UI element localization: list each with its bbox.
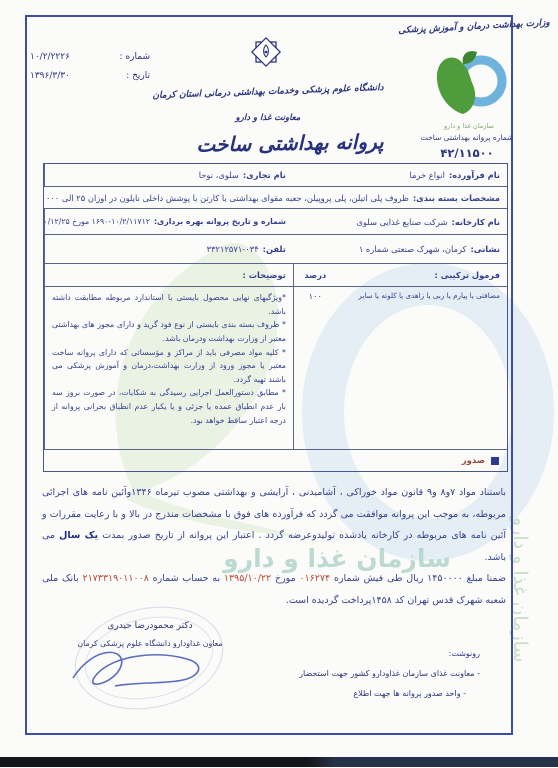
account-number: ۲۱۷۳۳۱۹۰۱۱۰۰۸ [82,573,148,584]
permit-table: نام فرآورده: انواع خرما نام تجاری: سلوی،… [43,163,508,472]
copies-block: رونوشت: - معاونت غذای سازمان غذاودارو کش… [288,644,480,704]
packaging-label: مشخصات بسته بندی: [413,193,500,203]
document-title: پروانه بهداشتی ساخت [168,129,412,157]
product-value: انواع خرما [409,170,444,180]
note-item: * مطابق دستورالعمل اجرایی رسیدگی به شکای… [52,386,286,427]
doc-meta: شماره : ۱۰/۲/۲۲۲۶ تاریخ : ۱۳۹۶/۳/۳۰ [30,52,150,90]
health-permit-document: سازمان غذا و دارو سازمان غذا و دارو وزار… [0,0,558,768]
brand-cell: نام تجاری: سلوی، نوحا [44,164,293,186]
legal-paragraph: باستناد مواد ۷و۸ و۹ قانون مواد خوراکی ، … [42,482,506,568]
product-label: نام فرآورده: [449,170,500,180]
formula-value: مضافتی یا پیارم یا ربی یا زاهدی یا کلوته… [358,291,500,300]
packaging-value: ظروف پلی اتیلن، پلی پروپیلن، جعبه مقوای … [44,193,409,203]
date-value: ۱۳۹۶/۳/۳۰ [30,71,70,81]
university-emblem-icon [247,33,285,75]
issuance-checkbox-icon [491,457,499,465]
university-name: دانشگاه علوم پزشکی وخدمات بهداشتی درمانی… [148,83,388,101]
factory-label: نام کارخانه: [452,217,500,227]
notes-list: *ویژگیهای نهایی محصول بایستی با استاندار… [52,291,286,427]
payment-text-part: به حساب شماره [149,573,224,584]
table-row-content: مضافتی یا پیارم یا ربی یا زاهدی یا کلوته… [44,286,507,449]
payment-text-part: ضمنا مبلغ ۱۴۵۰۰۰۰ ریال طی فیش شماره [330,573,506,584]
percent-value-cell: ۱۰۰ [293,287,337,449]
scan-edge-strip [0,757,558,767]
signature-scribble-icon [55,626,235,701]
payment-paragraph: ضمنا مبلغ ۱۴۵۰۰۰۰ ریال طی فیش شماره ۰۱۶۲… [42,568,506,611]
brand-value: سلوی، نوحا [199,170,239,180]
legal-text-part: باستناد مواد ۷و۸ و۹ قانون مواد خوراکی ، … [42,487,506,541]
phone-label: تلفن: [263,244,286,254]
issuance-cell: صدور [44,450,507,471]
license-number-value: ۴۲/۱۱۵۰۰ [412,146,522,160]
copies-title: رونوشت: [288,644,480,664]
table-row-packaging: مشخصات بسته بندی: ظروف پلی اتیلن، پلی پر… [44,186,507,208]
date-label: تاریخ : [126,71,150,81]
product-cell: نام فرآورده: انواع خرما [293,164,507,186]
serial-value: ۱۰/۲/۲۲۲۶ [30,52,70,62]
table-row-address: نشانی: کرمان، شهرک صنعتی شماره ۱ تلفن: ۳… [44,234,507,263]
address-cell: نشانی: کرمان، شهرک صنعتی شماره ۱ [293,235,507,263]
notes-header: توضیحات : [243,270,286,280]
percent-header: درصد [304,270,326,280]
percent-value: ۱۰۰ [309,291,322,301]
note-item: * کلیه مواد مصرفی باید از مراکز و مؤسسات… [52,346,286,387]
deputy-name: معاونت غذا و دارو [208,113,328,123]
copies-item: - معاونت غذای سازمان غذاودارو کشور جهت ا… [288,664,480,684]
address-value: کرمان، شهرک صنعتی شماره ۱ [359,244,467,254]
phone-value: ۳۳۲۱۲۵۷۱-۰۳۴ [207,244,259,254]
table-row-issuance: صدور [44,449,507,471]
copies-item: - واحد صدور پروانه ها جهت اطلاع [288,684,480,704]
formula-header-cell: فرمول ترکیبی : [337,264,507,286]
packaging-cell: مشخصات بسته بندی: ظروف پلی اتیلن، پلی پر… [44,187,507,208]
note-item: *ویژگیهای نهایی محصول بایستی با استاندار… [52,291,286,318]
phone-cell: تلفن: ۳۳۲۱۲۵۷۱-۰۳۴ [44,235,293,263]
factory-value: شرکت صنایع غذایی سلوی [356,217,447,227]
ministry-title: وزارت بهداشت درمان و آموزش پزشکی [398,18,550,36]
operation-license-cell: شماره و تاریخ پروانه بهره برداری: ۱۶۹۰-۱… [44,209,293,234]
factory-cell: نام کارخانه: شرکت صنایع غذایی سلوی [293,209,507,234]
table-row-product: نام فرآورده: انواع خرما نام تجاری: سلوی،… [44,164,507,186]
formula-value-cell: مضافتی یا پیارم یا ربی یا زاهدی یا کلوته… [337,287,507,449]
issuance-label: صدور [462,456,485,466]
note-item: * ظروف بسته بندی بایستی از نوع فود گرید … [52,318,286,345]
notes-header-cell: توضیحات : [44,264,293,286]
notes-cell: *ویژگیهای نهایی محصول بایستی با استاندار… [44,287,293,449]
table-row-headers: فرمول ترکیبی : درصد توضیحات : [44,263,507,286]
address-label: نشانی: [470,244,500,254]
payment-text-part: مورخ [271,573,299,584]
legal-text: باستناد مواد ۷و۸ و۹ قانون مواد خوراکی ، … [42,482,506,611]
license-number-label: شماره پروانه بهداشتی ساخت [412,133,522,142]
operation-license-label: شماره و تاریخ پروانه بهره برداری: [154,217,286,226]
serial-label: شماره : [120,52,150,62]
receipt-number: ۰۱۶۲۷۴ [300,573,331,584]
fdo-logo-icon [432,48,508,126]
formula-header: فرمول ترکیبی : [435,270,501,280]
receipt-date: ۱۳۹۵/۱۰/۲۲ [224,573,271,584]
table-row-factory: نام کارخانه: شرکت صنایع غذایی سلوی شماره… [44,208,507,234]
date-row: تاریخ : ۱۳۹۶/۳/۳۰ [30,71,150,81]
operation-license-value: ۱۶۹۰-۱۰/۲/۱۱۷۱۲ مورخ ۱۳۹۰/۱۲/۲۵ [44,217,150,226]
brand-label: نام تجاری: [243,170,286,180]
percent-header-cell: درصد [293,264,337,286]
serial-row: شماره : ۱۰/۲/۲۲۲۶ [30,52,150,62]
validity-duration: یک سال [59,530,98,541]
fdo-org-name: سازمان غذا و دارو [424,122,514,130]
